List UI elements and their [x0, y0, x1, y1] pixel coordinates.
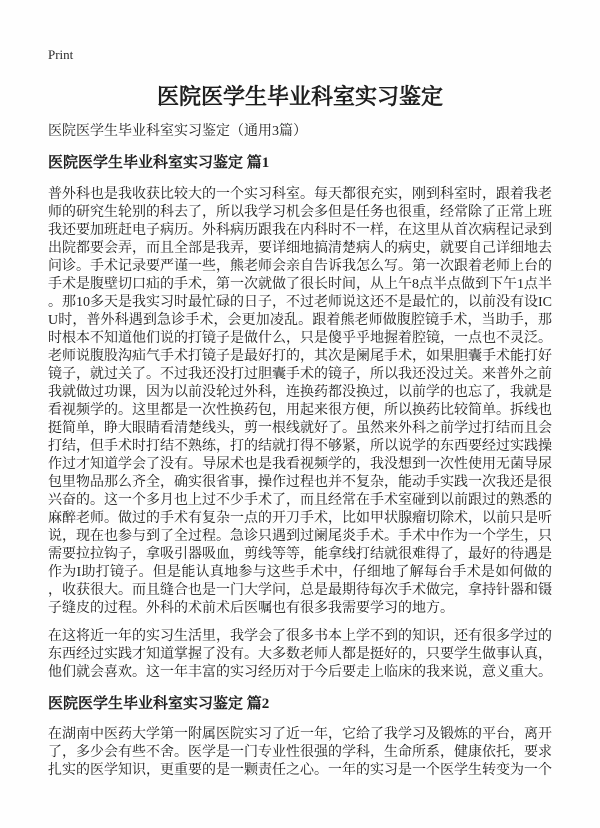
section-1-paragraph-2: 在这将近一年的实习生活里，我学会了很多书本上学不到的知识，还有很多学过的东西经过… [48, 628, 552, 682]
section-1-paragraph-1: 普外科也是我收获比较大的一个实习科室。每天都很充实，刚到科室时，跟着我老师的研究… [48, 186, 552, 618]
section-heading-1: 医院医学生毕业科室实习鉴定 篇1 [48, 155, 552, 171]
document-page: Print 医院医学生毕业科室实习鉴定 医院医学生毕业科室实习鉴定（通用3篇） … [0, 0, 600, 828]
section-heading-2: 医院医学生毕业科室实习鉴定 篇2 [48, 696, 552, 712]
print-button[interactable]: Print [48, 48, 73, 62]
section-2-paragraph-1: 在湖南中医药大学第一附属医院实习了近一年，它给了我学习及锻炼的平台，离开了，多少… [48, 726, 552, 780]
doc-subtitle: 医院医学生毕业科室实习鉴定（通用3篇） [48, 124, 552, 140]
page-title: 医院医学生毕业科室实习鉴定 [48, 84, 552, 110]
